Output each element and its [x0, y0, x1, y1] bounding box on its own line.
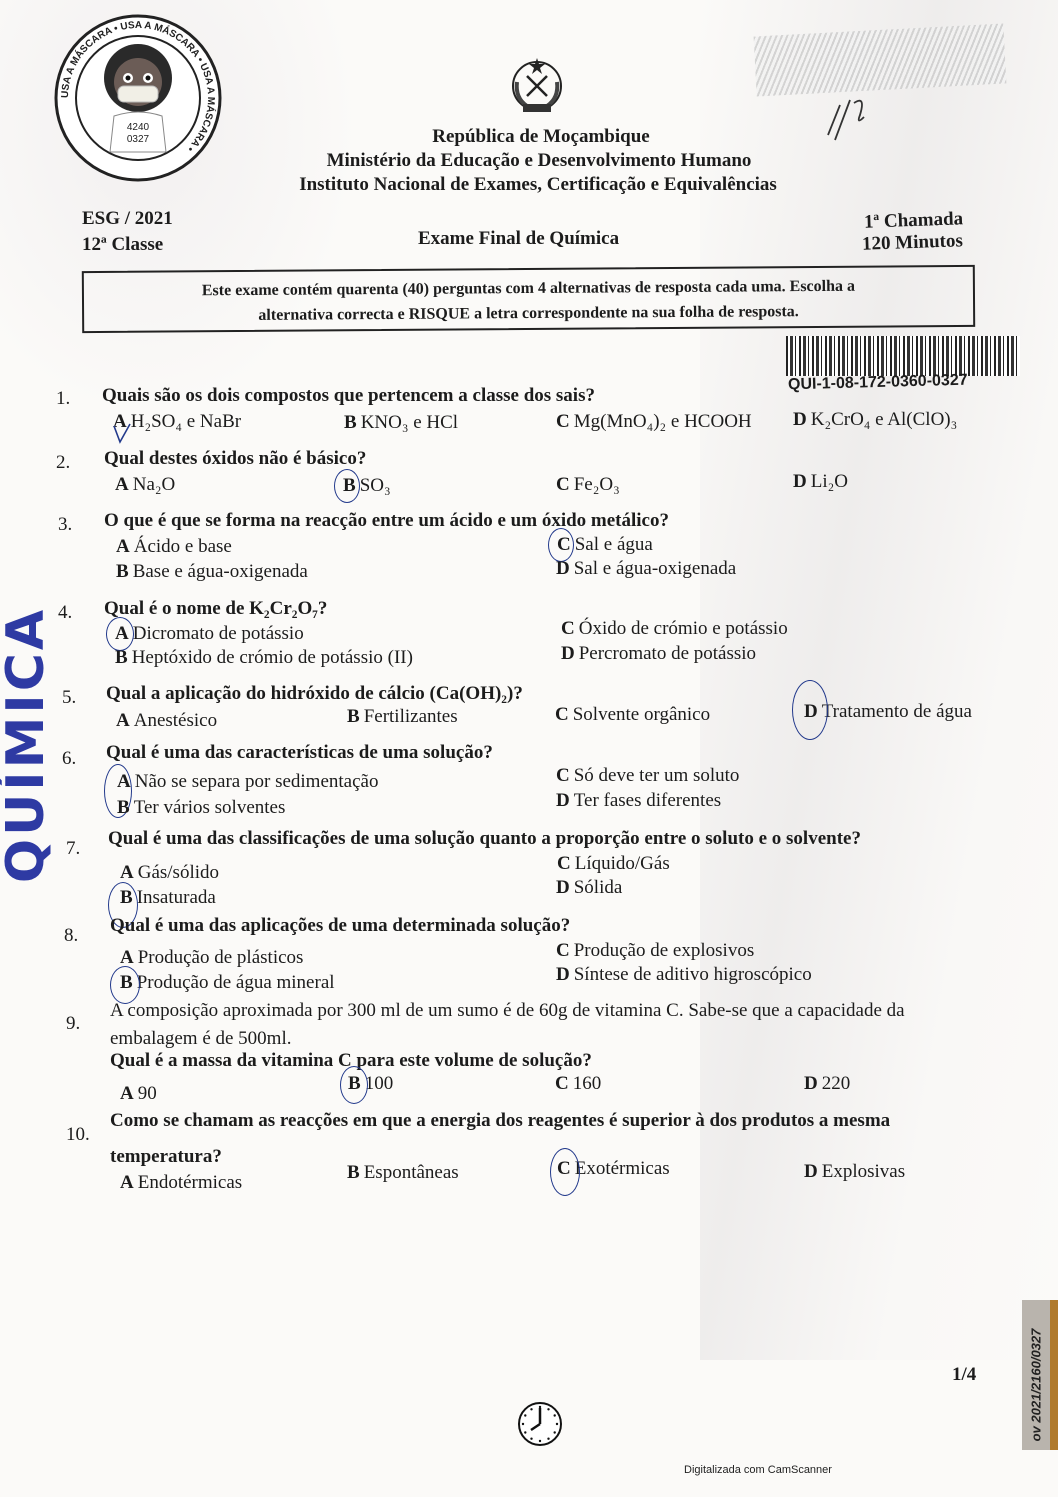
exam-title: Exame Final de Química	[418, 228, 619, 250]
question-context-line-1: A composição aproximada por 300 ml de um…	[110, 1000, 905, 1022]
option-a[interactable]: AProdução de plásticos	[120, 947, 303, 969]
option-d[interactable]: DTer fases diferentes	[556, 790, 721, 812]
option-a[interactable]: AÁcido e base	[116, 536, 232, 558]
option-c[interactable]: C160	[555, 1073, 601, 1095]
answer-circle-mark	[334, 469, 360, 503]
question-text: Qual é o nome de K₂Cr₂O₇?	[104, 598, 327, 620]
question-context-line-2: embalagem é de 500ml.	[110, 1028, 292, 1050]
option-d[interactable]: D220	[804, 1073, 850, 1095]
option-c[interactable]: CSó deve ter um soluto	[556, 765, 739, 787]
instructions-box: Este exame contém quarenta (40) pergunta…	[82, 265, 975, 333]
option-a[interactable]: ANão se separa por sedimentação	[117, 771, 378, 793]
option-a[interactable]: AAnestésico	[116, 710, 217, 732]
subject-side-label: QUÍMICA	[4, 600, 48, 890]
question-number: 1.	[56, 388, 70, 410]
answer-circle-mark	[550, 1148, 580, 1196]
question-text: Quais são os dois compostos que pertence…	[102, 385, 595, 407]
answer-circle-mark	[548, 528, 574, 562]
option-b[interactable]: BTer vários solventes	[117, 797, 285, 819]
question-text: O que é que se forma na reacção entre um…	[104, 510, 669, 532]
question-number: 3.	[58, 514, 72, 536]
option-d[interactable]: DPercromato de potássio	[561, 643, 756, 665]
question-number: 8.	[64, 925, 78, 947]
option-d[interactable]: DSal e água-oxigenada	[556, 558, 736, 580]
answer-circle-mark	[792, 680, 828, 740]
option-a[interactable]: ADicromato de potássio	[115, 623, 304, 645]
option-c[interactable]: CMg(MnO₄)₂ e HCOOH	[556, 411, 752, 433]
option-a[interactable]: A90	[120, 1083, 157, 1105]
header-institute: Instituto Nacional de Exames, Certificaç…	[0, 174, 1058, 196]
option-a[interactable]: AH₂SO₄ e NaBr	[113, 411, 241, 433]
header-ministry: Ministério da Educação e Desenvolvimento…	[0, 150, 1058, 172]
option-c[interactable]: CProdução de explosivos	[556, 940, 754, 962]
option-c[interactable]: CSolvente orgânico	[555, 704, 710, 726]
question-number: 2.	[56, 452, 70, 474]
option-b[interactable]: BEspontâneas	[347, 1162, 459, 1184]
checkmark-icon	[112, 422, 132, 449]
option-d[interactable]: DSólida	[556, 877, 622, 899]
header-republic: República de Moçambique	[0, 126, 1058, 148]
question-number: 7.	[66, 838, 80, 860]
question-number: 6.	[62, 748, 76, 770]
option-a[interactable]: ANa₂O	[115, 474, 175, 496]
question-text: Qual a aplicação do hidróxido de cálcio …	[106, 683, 523, 705]
coat-of-arms-emblem	[505, 54, 569, 118]
option-c[interactable]: CLíquido/Gás	[557, 853, 670, 875]
scanner-watermark: Digitalizada com CamScanner	[684, 1464, 832, 1476]
question-number: 10.	[66, 1124, 90, 1146]
question-text-line-1: Como se chamam as reacções em que a ener…	[110, 1110, 890, 1132]
option-d[interactable]: DExplosivas	[804, 1161, 905, 1183]
option-c[interactable]: CFe₂O₃	[556, 474, 620, 496]
option-d[interactable]: DLi₂O	[793, 471, 848, 493]
option-b[interactable]: BHeptóxido de crómio de potássio (II)	[115, 647, 413, 669]
answer-circle-mark	[106, 617, 134, 651]
exam-duration: 120 Minutos	[862, 230, 964, 256]
exam-grade: 12ª Classe	[82, 234, 163, 256]
option-a[interactable]: AGás/sólido	[120, 862, 219, 884]
option-b[interactable]: BKNO₃ e HCl	[344, 412, 458, 434]
option-a[interactable]: AEndotérmicas	[120, 1172, 242, 1194]
question-number: 9.	[66, 1013, 80, 1035]
exam-level: ESG / 2021	[82, 208, 173, 230]
answer-circle-mark	[340, 1066, 368, 1104]
page-edge	[1050, 1300, 1058, 1450]
clock-icon	[516, 1400, 564, 1448]
option-b[interactable]: BFertilizantes	[347, 706, 458, 728]
vertical-serial-code: ov 2021/2160/0327	[1024, 1320, 1048, 1450]
answer-circle-mark	[110, 966, 140, 1004]
option-d[interactable]: DSíntese de aditivo higroscópico	[556, 964, 812, 986]
option-d[interactable]: DK₂CrO₄ e Al(ClO)₃	[793, 409, 957, 431]
page-number: 1/4	[952, 1364, 976, 1386]
barcode	[786, 336, 1020, 376]
question-text: Qual é uma das características de uma so…	[106, 742, 493, 764]
question-text: Qual destes óxidos não é básico?	[104, 448, 366, 470]
option-b[interactable]: BBase e água-oxigenada	[116, 561, 308, 583]
question-number: 5.	[62, 687, 76, 709]
question-number: 4.	[58, 602, 72, 624]
question-text-line-2: temperatura?	[110, 1146, 222, 1168]
question-text: Qual é uma das classificações de uma sol…	[108, 828, 861, 850]
scan-shading	[700, 0, 1058, 1360]
question-text: Qual é uma das aplicações de uma determi…	[110, 915, 570, 937]
option-d[interactable]: DTratamento de água	[804, 701, 972, 723]
option-b[interactable]: BProdução de água mineral	[120, 972, 335, 994]
option-c[interactable]: CÓxido de crómio e potássio	[561, 618, 788, 640]
